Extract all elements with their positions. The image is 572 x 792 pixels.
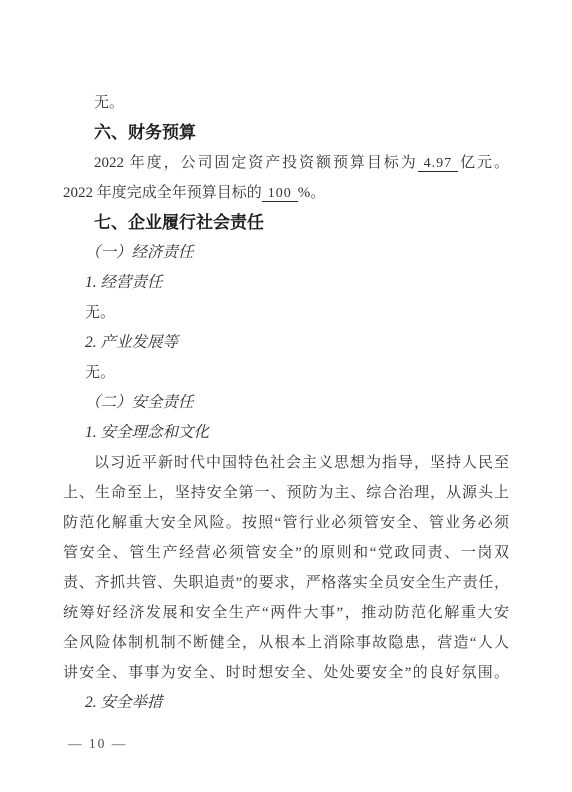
paragraph-line: 全风险体制机制不断健全，从根本上消除事故隐患，营造“人人 (63, 628, 509, 658)
subsection-heading-economic-responsibility: （一）经济责任 (63, 238, 509, 268)
paragraph-line: 责、齐抓共管、失职追责”的要求，严格落实全员安全生产责任， (63, 568, 509, 598)
page-number: — 10 — (68, 736, 127, 752)
section-heading-social-responsibility: 七、企业履行社会责任 (63, 208, 509, 238)
paragraph-line: 以习近平新时代中国特色社会主义思想为指导，坚持人民至 (63, 448, 509, 478)
none-text: 无。 (63, 298, 509, 328)
budget-completion-text-pre: 2022 年度完成全年预算目标的 (63, 185, 262, 201)
budget-target-text-post: 亿元。 (458, 155, 509, 171)
subheading-safety-concept-culture: 1. 安全理念和文化 (63, 418, 509, 448)
paragraph-line: 上、生命至上，坚持安全第一、预防为主、综合治理，从源头上 (63, 478, 509, 508)
paragraph-line: 防范化解重大安全风险。按照“管行业必须管安全、管业务必须 (63, 508, 509, 538)
document-page: 无。 六、财务预算 2022 年度，公司固定资产投资额预算目标为4.97亿元。 … (0, 0, 572, 792)
subsection-heading-safety-responsibility: （二）安全责任 (63, 388, 509, 418)
paragraph-line: 管安全、管生产经营必须管安全”的原则和“党政同责、一岗双 (63, 538, 509, 568)
budget-completion-value-underlined: 100 (262, 186, 298, 202)
paragraph-line: 讲安全、事事为安全、时时想安全、处处要安全”的良好氛围。 (63, 658, 509, 688)
document-content: 无。 六、财务预算 2022 年度，公司固定资产投资额预算目标为4.97亿元。 … (63, 88, 509, 718)
none-text: 无。 (63, 358, 509, 388)
budget-target-value-underlined: 4.97 (418, 156, 459, 172)
budget-completion-text-post: %。 (298, 185, 326, 201)
section-heading-finance-budget: 六、财务预算 (63, 118, 509, 148)
budget-target-line: 2022 年度，公司固定资产投资额预算目标为4.97亿元。 (63, 148, 509, 178)
subheading-industry-development: 2. 产业发展等 (63, 328, 509, 358)
subheading-operating-responsibility: 1. 经营责任 (63, 268, 509, 298)
subheading-safety-measures: 2. 安全举措 (63, 688, 509, 718)
paragraph-line: 统筹好经济发展和安全生产“两件大事”，推动防范化解重大安 (63, 598, 509, 628)
budget-target-text-pre: 2022 年度，公司固定资产投资额预算目标为 (94, 155, 418, 171)
none-text: 无。 (63, 88, 509, 118)
budget-completion-line: 2022 年度完成全年预算目标的100%。 (63, 178, 509, 208)
